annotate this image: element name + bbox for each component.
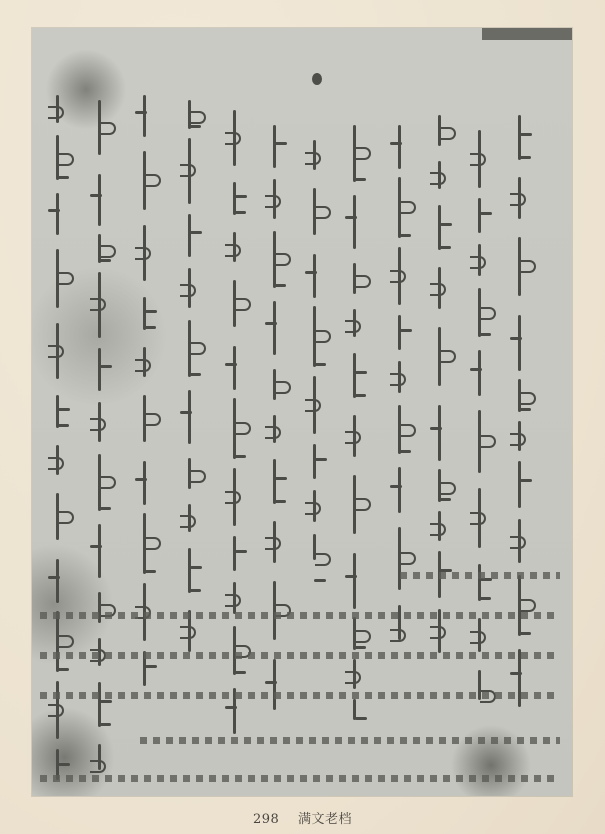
chinese-annotation-line (140, 737, 560, 744)
chinese-annotation-line (400, 572, 560, 579)
manchu-column (512, 115, 528, 740)
manuscript-facsimile-plate (32, 28, 572, 796)
page-footer: 298 满文老档 (0, 808, 605, 827)
book-title: 满文老档 (298, 812, 352, 827)
chinese-annotation-line (40, 775, 560, 782)
manchu-column (50, 95, 66, 780)
ink-dot (312, 73, 322, 85)
manchu-column (137, 95, 153, 700)
chinese-annotation-line (40, 652, 560, 659)
manchu-column (267, 125, 283, 710)
manchu-column (307, 140, 323, 560)
manchu-column (227, 110, 243, 740)
manchu-column (347, 125, 363, 720)
chinese-annotation-line (40, 612, 560, 619)
manchu-column (392, 125, 408, 640)
manchu-column (92, 100, 108, 770)
damaged-edge (482, 28, 572, 40)
chinese-annotation-line (40, 692, 560, 699)
manchu-column (182, 100, 198, 690)
book-page: 298 满文老档 (0, 0, 605, 834)
page-number: 298 (253, 812, 279, 827)
